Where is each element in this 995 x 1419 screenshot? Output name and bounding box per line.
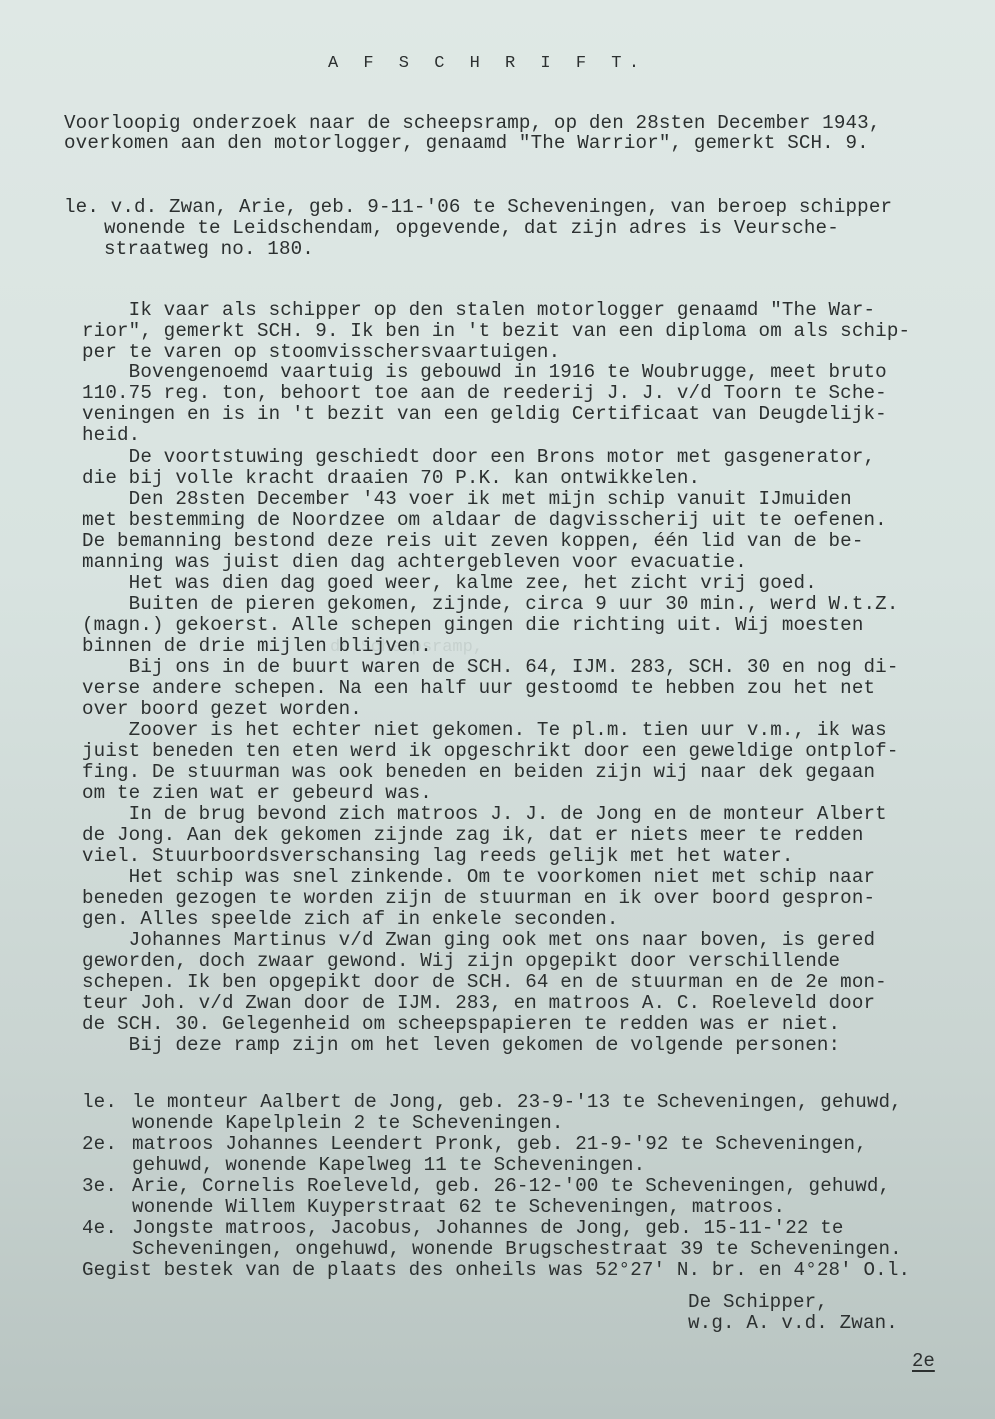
body-line: Buiten de pieren gekomen, zijnde, circa … — [82, 593, 899, 615]
bleed-through-text: de Scheepsramp, — [330, 638, 483, 657]
victim-line: wonende Willem Kuyperstraat 62 te Scheve… — [132, 1196, 785, 1218]
victim-line: wonende Kapelplein 2 te Scheveningen. — [132, 1112, 564, 1134]
body-line: De voortstuwing geschiedt door een Brons… — [82, 446, 875, 468]
body-line: de Jong. Aan dek gekomen zijnde zag ik, … — [82, 824, 864, 846]
body-line: fing. De stuurman was ook beneden en bei… — [82, 761, 875, 783]
page-number: 2e — [912, 1350, 935, 1372]
heading-line: Voorloopig onderzoek naar de scheepsramp… — [64, 112, 881, 134]
victim-line: gehuwd, wonende Kapelweg 11 te Schevenin… — [132, 1154, 645, 1176]
victim-line: matroos Johannes Leendert Pronk, geb. 21… — [132, 1133, 867, 1155]
body-line: Het was dien dag goed weer, kalme zee, h… — [82, 572, 817, 594]
body-line: de SCH. 30. Gelegenheid om scheepspapier… — [82, 1013, 840, 1035]
signature-name: w.g. A. v.d. Zwan. — [688, 1312, 898, 1334]
victim-line: Scheveningen, ongehuwd, wonende Brugsche… — [132, 1238, 902, 1260]
body-line: geworden, doch zwaar gewond. Wij zijn op… — [82, 950, 840, 972]
victim-line: le monteur Aalbert de Jong, geb. 23-9-'1… — [132, 1091, 902, 1113]
victim-line: Jongste matroos, Jacobus, Johannes de Jo… — [132, 1217, 844, 1239]
witness-line: wonende te Leidschendam, opgevende, dat … — [104, 217, 839, 239]
body-line: Johannes Martinus v/d Zwan ging ook met … — [82, 929, 875, 951]
body-line: (magn.) gekoerst. Alle schepen gingen di… — [82, 614, 864, 636]
body-line: manning was juist dien dag achtergebleve… — [82, 551, 747, 573]
body-line: Zoover is het echter niet gekomen. Te pl… — [82, 719, 887, 741]
victim-number: 4e. — [82, 1217, 117, 1239]
heading-line: overkomen aan den motorlogger, genaamd "… — [64, 132, 869, 154]
victim-number: 3e. — [82, 1175, 117, 1197]
body-line: Bij ons in de buurt waren de SCH. 64, IJ… — [82, 656, 899, 678]
body-line: viel. Stuurboordsverschansing lag reeds … — [82, 845, 794, 867]
victim-number: le. — [82, 1091, 117, 1113]
position-line: Gegist bestek van de plaats des onheils … — [82, 1259, 910, 1281]
body-line: Het schip was snel zinkende. Om te voork… — [82, 866, 875, 888]
body-line: heid. — [82, 424, 140, 446]
body-line: In de brug bevond zich matroos J. J. de … — [82, 803, 887, 825]
body-line: rior", gemerkt SCH. 9. Ik ben in 't bezi… — [82, 320, 910, 342]
body-line: teur Joh. v/d Zwan door de IJM. 283, en … — [82, 992, 875, 1014]
witness-line: le. v.d. Zwan, Arie, geb. 9-11-'06 te Sc… — [64, 196, 892, 218]
body-line: die bij volle kracht draaien 70 P.K. kan… — [82, 467, 700, 489]
body-line: Bovengenoemd vaartuig is gebouwd in 1916… — [82, 361, 887, 383]
body-line: schepen. Ik ben opgepikt door de SCH. 64… — [82, 971, 887, 993]
body-line: beneden gezogen te worden zijn de stuurm… — [82, 887, 875, 909]
body-line: veningen en is in 't bezit van een geldi… — [82, 403, 887, 425]
body-line: gen. Alles speelde zich af in enkele sec… — [82, 908, 619, 930]
body-line: per te varen op stoomvisschersvaartuigen… — [82, 341, 560, 363]
body-line: om te zien wat er gebeurd was. — [82, 782, 432, 804]
signature-role: De Schipper, — [688, 1291, 828, 1313]
body-line: De bemanning bestond deze reis uit zeven… — [82, 530, 864, 552]
document-title: A F S C H R I F T. — [328, 54, 647, 73]
body-line: Ik vaar als schipper op den stalen motor… — [82, 299, 875, 321]
body-line: over boord gezet worden. — [82, 698, 362, 720]
body-line: met bestemming de Noordzee om aldaar de … — [82, 509, 887, 531]
body-line: verse andere schepen. Na een half uur ge… — [82, 677, 875, 699]
victim-line: Arie, Cornelis Roeleveld, geb. 26-12-'00… — [132, 1175, 890, 1197]
witness-line: straatweg no. 180. — [104, 238, 314, 260]
body-line: 110.75 reg. ton, behoort toe aan de reed… — [82, 382, 887, 404]
body-line: juist beneden ten eten werd ik opgeschri… — [82, 740, 899, 762]
body-line: Den 28sten December '43 voer ik met mijn… — [82, 488, 852, 510]
body-line: Bij deze ramp zijn om het leven gekomen … — [82, 1034, 840, 1056]
document-page: A F S C H R I F T. Voorloopig onderzoek … — [0, 0, 995, 1419]
victim-number: 2e. — [82, 1133, 117, 1155]
